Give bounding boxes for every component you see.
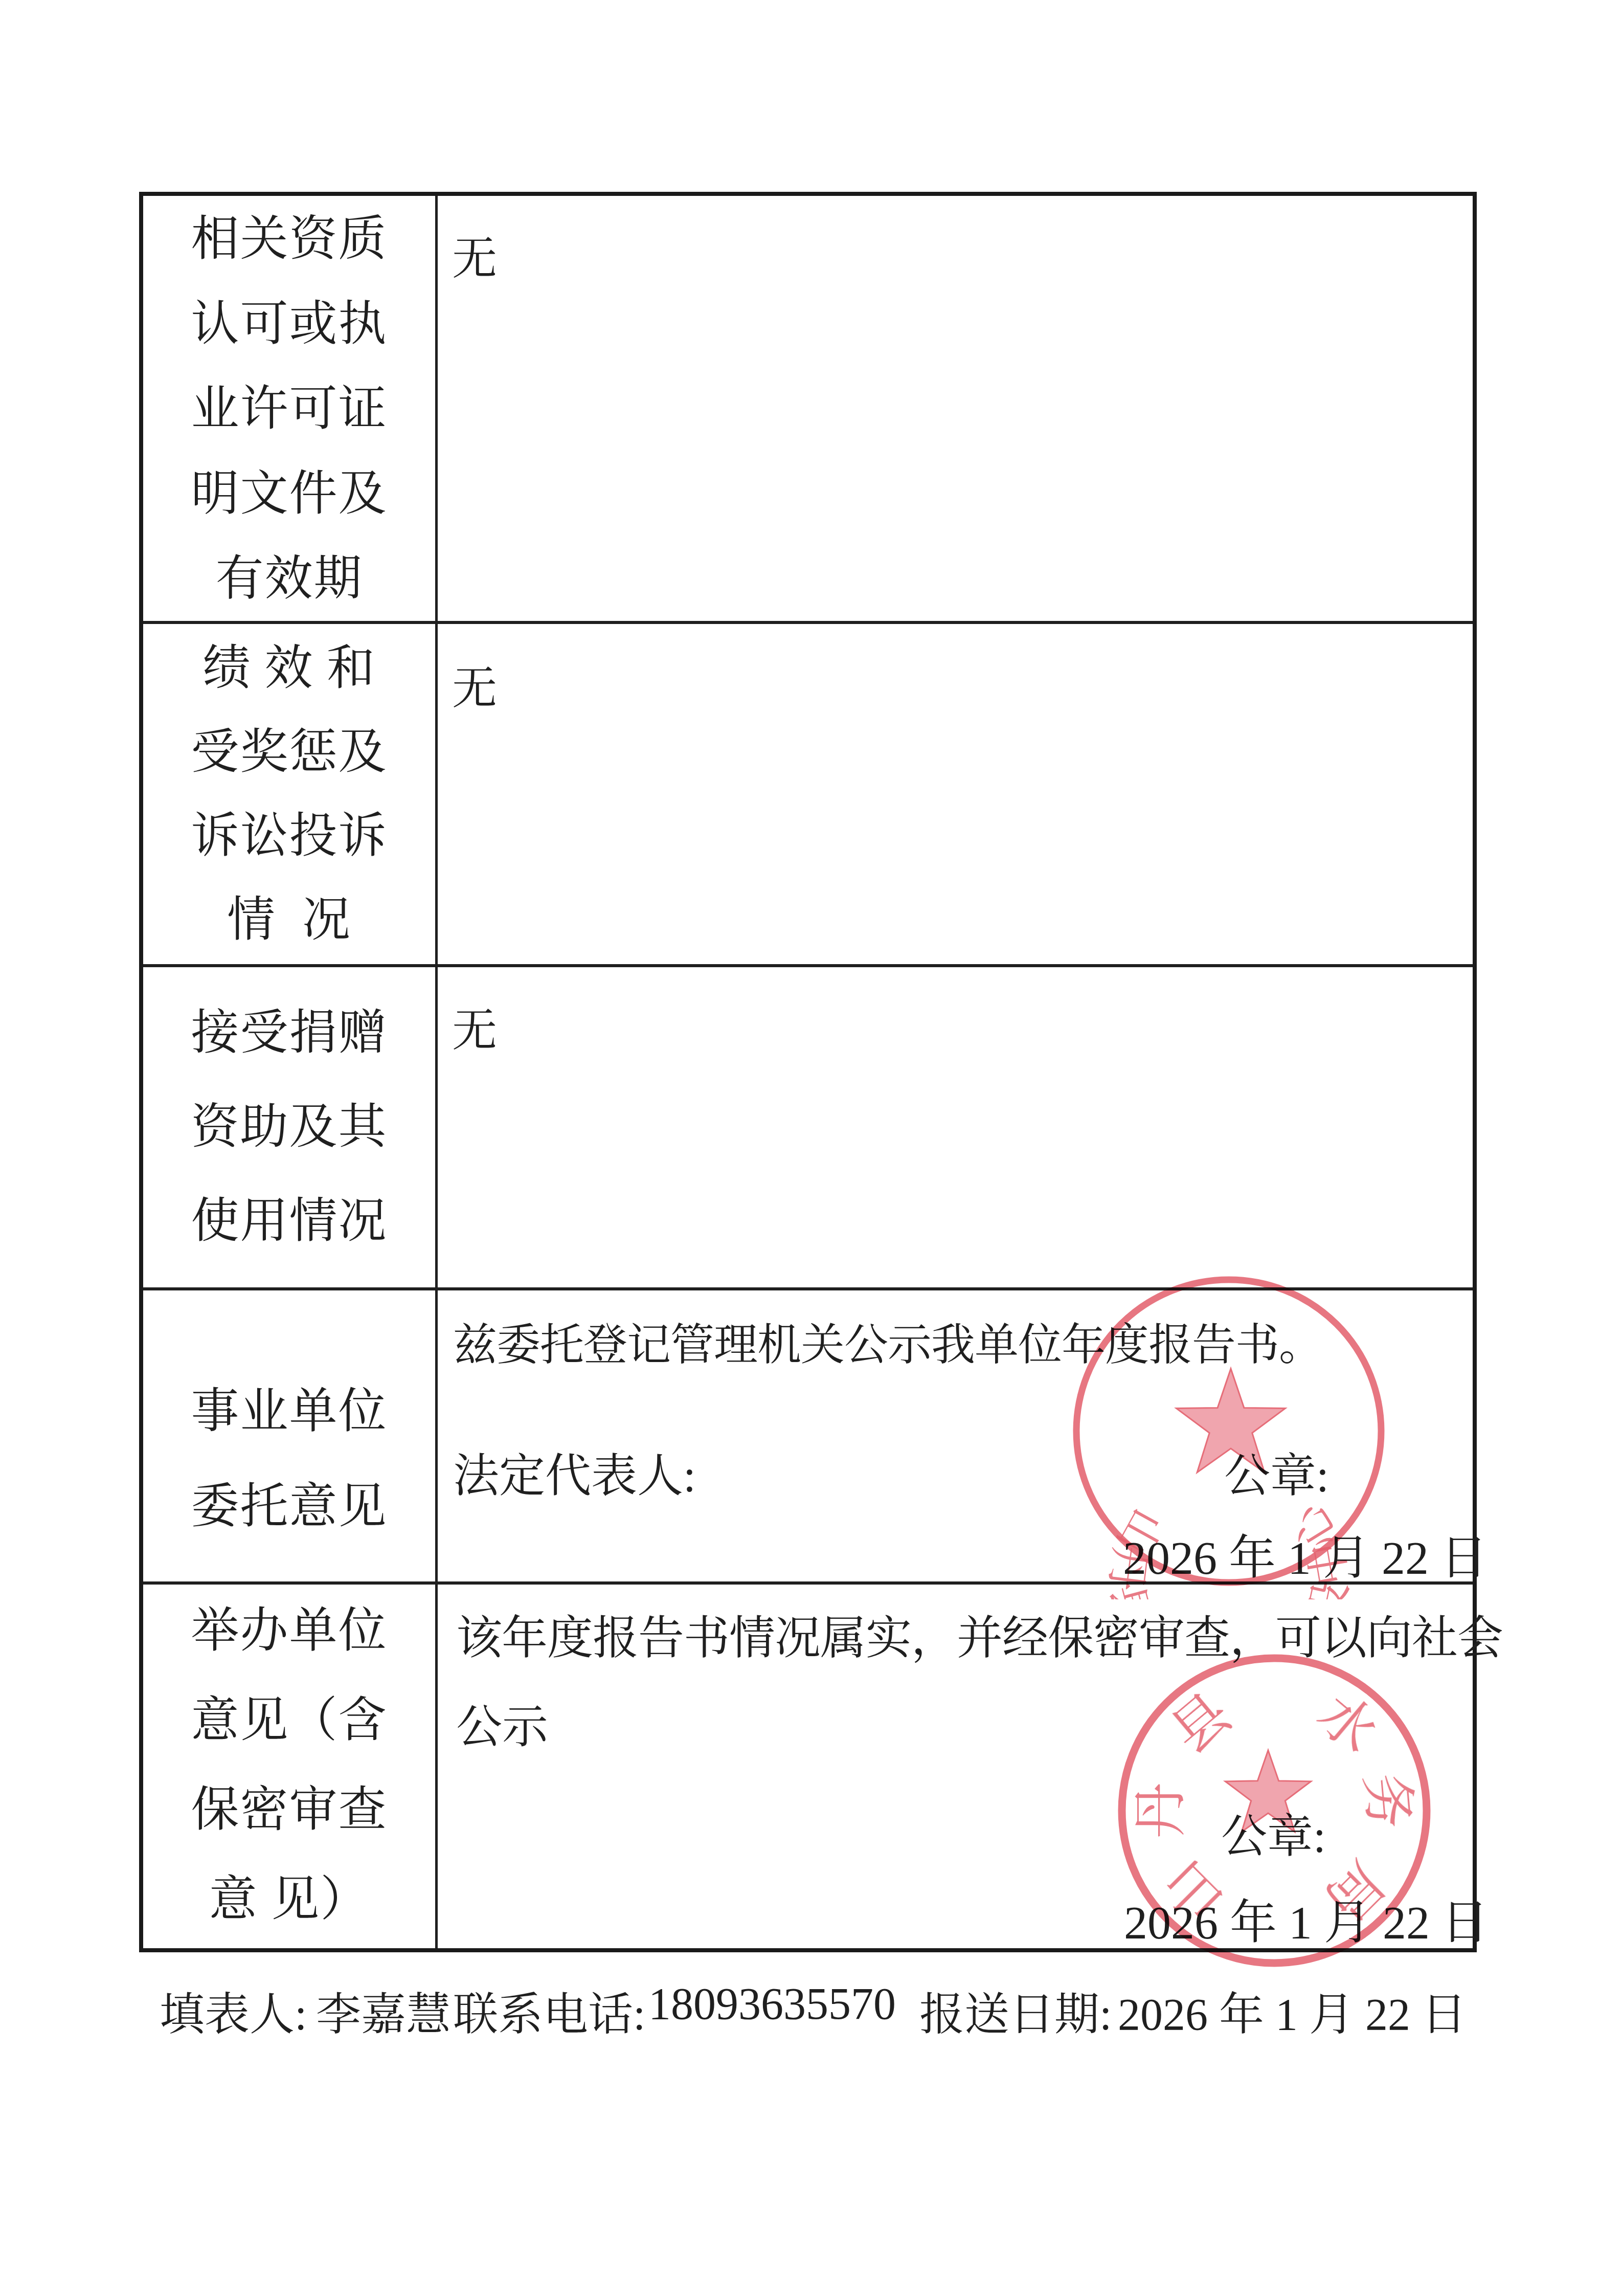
label-line: 认可或执 xyxy=(191,282,387,367)
legal-representative-label: 法定代表人: xyxy=(453,1438,696,1505)
label-line: 接受捐赠 xyxy=(191,986,387,1080)
row-label-performance: 绩 效 和 受奖惩及 诉讼投诉 情 况 xyxy=(143,622,435,966)
seal-char: 丹 xyxy=(1131,1783,1191,1838)
organizer-seal-stamp: 山 丹 县 水 务 局 xyxy=(1106,1642,1443,1979)
label-line: 事业单位 xyxy=(191,1364,387,1459)
none-value: 无 xyxy=(452,222,497,287)
seal-star-icon xyxy=(1225,1750,1311,1832)
row-label-organizer-opinion: 举办单位 意见（含 保密审查 意 见） xyxy=(143,1583,435,1948)
label-line: 保密审查 xyxy=(191,1766,387,1855)
label-line: 受奖惩及 xyxy=(191,710,387,794)
scanned-report-page: 相关资质 认可或执 业许可证 明文件及 有效期 无 绩 效 和 受奖惩及 诉讼投… xyxy=(0,0,1623,2296)
institution-seal-stamp: 山丹县节水型社会建设中心 xyxy=(1063,1269,1395,1599)
label-line: 绩 效 和 xyxy=(202,627,376,710)
label-line: 使用情况 xyxy=(191,1174,387,1268)
footer-line: 填表人: 李嘉慧 联系电话: 18093635570 报送日期: 2026 年 … xyxy=(0,1978,1623,2045)
phone-label: 联系电话: xyxy=(453,1978,645,2043)
none-value: 无 xyxy=(452,652,497,717)
row-content-qualifications: 无 xyxy=(439,196,1473,622)
row-label-donations: 接受捐赠 资助及其 使用情况 xyxy=(143,966,435,1289)
label-line: 意见（含 xyxy=(191,1676,387,1766)
seal-star-icon xyxy=(1177,1369,1286,1473)
report-date-label: 报送日期: xyxy=(919,1978,1112,2043)
label-line: 业许可证 xyxy=(191,367,387,452)
report-date: 2026 年 1 月 22 日 xyxy=(1118,1978,1467,2043)
label-line: 明文件及 xyxy=(191,452,387,537)
label-line: 相关资质 xyxy=(191,197,387,282)
label-line: 意 见） xyxy=(209,1855,370,1945)
filler-name: 李嘉慧 xyxy=(316,1978,451,2043)
label-line: 情 况 xyxy=(227,878,351,962)
label-line: 委托意见 xyxy=(191,1459,387,1554)
row-content-donations: 无 xyxy=(439,966,1473,1289)
row-content-performance: 无 xyxy=(439,622,1473,966)
label-line: 资助及其 xyxy=(191,1080,387,1174)
row-label-entity-opinion: 事业单位 委托意见 xyxy=(143,1289,435,1583)
row-label-qualifications: 相关资质 认可或执 业许可证 明文件及 有效期 xyxy=(143,196,435,622)
seal-char: 务 xyxy=(1355,1771,1420,1831)
organizer-statement-line2: 公示 xyxy=(456,1689,548,1756)
label-line: 诉讼投诉 xyxy=(191,794,387,878)
column-divider xyxy=(435,196,438,1948)
phone-number: 18093635570 xyxy=(648,1978,896,2030)
none-value: 无 xyxy=(452,994,497,1059)
label-line: 举办单位 xyxy=(191,1587,387,1676)
label-line: 有效期 xyxy=(215,537,363,621)
filler-label: 填表人: xyxy=(160,1978,307,2043)
